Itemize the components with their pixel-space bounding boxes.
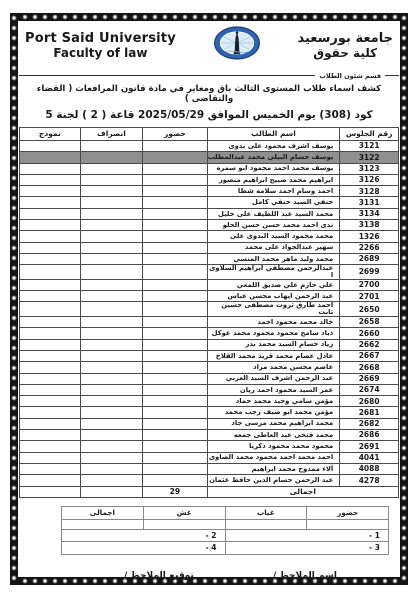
student-name-cell: محمد محمود السيد البدوى على (207, 231, 340, 242)
summary-header-row: حضور غياب غش اجمالى (62, 506, 389, 519)
table-row: 2682محمد ابراهيم محمد مرسى جاد (20, 418, 399, 429)
seat-number-cell: 2686 (340, 430, 399, 441)
table-row: 3126ابراهيم محمد صبيح ابراهيم منصور (20, 174, 399, 185)
form-cell (20, 141, 81, 152)
attendance-cell (143, 463, 207, 474)
departure-cell (80, 373, 143, 384)
seat-number-cell: 2660 (340, 328, 399, 339)
summary-table: حضور غياب غش اجمالى - 1 - 2 - 3 - 4 (61, 506, 389, 555)
form-cell (20, 317, 81, 328)
student-name-cell: عادل عصام محمد فريد محمد الفلاح (207, 350, 340, 361)
student-rows: 3121يوسف اشرف محمود على بدوى3122يوسف حسا… (20, 141, 399, 487)
seat-number-cell: 3134 (340, 208, 399, 219)
sheet-title: كشف اسماء طلاب المستوى الثالث باق ومغاير… (19, 84, 399, 104)
attendance-cell (143, 452, 207, 463)
form-cell (20, 208, 81, 219)
table-row: 3122يوسف حسام البيلى محمد عبدالمطلب (20, 152, 399, 163)
seat-number-cell: 2680 (340, 396, 399, 407)
seat-number-cell: 2669 (340, 373, 399, 384)
summary-attendance-header: حضور (307, 506, 389, 519)
faculty-name-arabic: كلية حقوق (297, 46, 393, 60)
form-cell (20, 186, 81, 197)
form-cell (20, 253, 81, 264)
total-row: اجمالى 29 (20, 486, 399, 497)
seat-number-cell: 2658 (340, 317, 399, 328)
university-logo-icon (213, 25, 261, 65)
student-name-header: اسم الطالب (207, 128, 340, 141)
attendance-cell (143, 197, 207, 208)
departure-cell (80, 291, 143, 302)
seat-number-cell: 2650 (340, 302, 399, 317)
student-name-cell: عبد الرحمن حسام الدين حافظ عثمان (207, 475, 340, 486)
attendance-cell (143, 163, 207, 174)
student-name-cell: احمد طارق ثروت مصطفى حسين ثابت (207, 302, 340, 317)
table-row: 2667عادل عصام محمد فريد محمد الفلاح (20, 350, 399, 361)
summary-values-row (62, 519, 389, 529)
departure-cell (80, 430, 143, 441)
student-name-cell: عبدالرحمن مصطفي ابراهيم السلاوى ا (207, 265, 340, 280)
table-row: 2674عمر السيد محمود احمد ريان (20, 384, 399, 395)
form-cell (20, 231, 81, 242)
table-row: 2669عبد الرحمن اشرف السيد العربي (20, 373, 399, 384)
form-cell (20, 339, 81, 350)
student-name-cell: عمر السيد محمود احمد ريان (207, 384, 340, 395)
divider-line-right (385, 75, 399, 76)
seat-number-header: رقم الجلوس (340, 128, 399, 141)
seat-number-cell: 3122 (340, 152, 399, 163)
seat-number-cell: 3131 (340, 197, 399, 208)
table-row: 2686محمد فتحى عبد العاطى جمعه (20, 430, 399, 441)
table-row: 2689محمد وليد ماهر محمد المنسي (20, 253, 399, 264)
departure-cell (80, 475, 143, 486)
departure-cell (80, 265, 143, 280)
attendance-cell (143, 141, 207, 152)
summary-total-cell (62, 519, 144, 529)
exam-session-line: كود (308) يوم الخميس الموافق 2025/05/29 … (19, 109, 399, 121)
attendance-cell (143, 291, 207, 302)
table-row: 4088آلاء ممدوح محمد ابراهيم (20, 463, 399, 474)
seat-number-cell: 3123 (340, 163, 399, 174)
attendance-cell (143, 279, 207, 290)
student-name-cell: يوسف حسام البيلى محمد عبدالمطلب (207, 152, 340, 163)
university-name-english: Port Said University (25, 31, 176, 46)
table-row: 2701عبد الرحمن ايهاب محسن عباس (20, 291, 399, 302)
departure-cell (80, 208, 143, 219)
seat-number-cell: 2667 (340, 350, 399, 361)
attendance-cell (143, 328, 207, 339)
seat-number-cell: 4278 (340, 475, 399, 486)
table-row: 2660ذياد سامح محمود محمود محمد عوكل (20, 328, 399, 339)
seat-number-cell: 1326 (340, 231, 399, 242)
student-name-cell: خالد محمد محمود احمد (207, 317, 340, 328)
departure-cell (80, 141, 143, 152)
seat-number-cell: 2689 (340, 253, 399, 264)
attendance-cell (143, 265, 207, 280)
table-row: 2650احمد طارق ثروت مصطفى حسين ثابت (20, 302, 399, 317)
table-row: 3131حنفي السيد حنفي كامل (20, 197, 399, 208)
departure-cell (80, 396, 143, 407)
table-row: 2681مؤمن محمد ابو ضيف رجب محمد (20, 407, 399, 418)
department-divider: قسم شئون الطلاب (19, 71, 399, 80)
university-name-arabic: جامعة بورسعيد (297, 31, 393, 46)
attendance-cell (143, 475, 207, 486)
departure-cell (80, 174, 143, 185)
student-name-cell: سهير عبدالجواد على محمد (207, 242, 340, 253)
summary-cheating-header: غش (143, 506, 225, 519)
student-name-cell: محمد السيد عبد اللطيف على خليل (207, 208, 340, 219)
departure-cell (80, 407, 143, 418)
observer-name-label: اسم الملاحظ / (273, 571, 337, 581)
departure-cell (80, 463, 143, 474)
seat-number-cell: 2691 (340, 441, 399, 452)
observer-signature-label: توقيع الملاحظ / (124, 571, 194, 581)
form-cell (20, 396, 81, 407)
table-row: 2266سهير عبدالجواد على محمد (20, 242, 399, 253)
student-name-cell: محمد وليد ماهر محمد المنسي (207, 253, 340, 264)
seat-number-cell: 2674 (340, 384, 399, 395)
divider-line-left (19, 75, 315, 76)
note-row-2: - 3 - 4 (62, 542, 389, 555)
form-cell (20, 265, 81, 280)
attendance-cell (143, 174, 207, 185)
student-name-cell: احمد وسام احمد سلامة شطا (207, 186, 340, 197)
attendance-cell (143, 350, 207, 361)
student-name-cell: عاصم محسن محمد مراد (207, 362, 340, 373)
seat-number-cell: 3128 (340, 186, 399, 197)
attendance-table: رقم الجلوس اسم الطالب حضور انصراف نموذج … (19, 127, 399, 498)
form-cell (20, 441, 81, 452)
table-row: 2658خالد محمد محمود احمد (20, 317, 399, 328)
signature-footer: اسم الملاحظ / توقيع الملاحظ / (19, 571, 399, 587)
attendance-cell (143, 152, 207, 163)
seat-number-cell: 2699 (340, 265, 399, 280)
seat-number-cell: 2662 (340, 339, 399, 350)
note-line-2: - 2 (62, 529, 226, 542)
departure-cell (80, 220, 143, 231)
departure-header: انصراف (80, 128, 143, 141)
student-name-cell: ابراهيم محمد صبيح ابراهيم منصور (207, 174, 340, 185)
departure-cell (80, 253, 143, 264)
departure-cell (80, 197, 143, 208)
table-row: 4278عبد الرحمن حسام الدين حافظ عثمان (20, 475, 399, 486)
seat-number-cell: 2682 (340, 418, 399, 429)
attendance-cell (143, 317, 207, 328)
summary-attendance-cell (307, 519, 389, 529)
form-cell (20, 242, 81, 253)
attendance-cell (143, 302, 207, 317)
departure-cell (80, 186, 143, 197)
seat-number-cell: 3121 (340, 141, 399, 152)
student-name-cell: علي حازم علي صديق اللمعي (207, 279, 340, 290)
note-line-3: - 3 (225, 542, 389, 555)
student-name-cell: آلاء ممدوح محمد ابراهيم (207, 463, 340, 474)
attendance-table-header-row: رقم الجلوس اسم الطالب حضور انصراف نموذج (20, 128, 399, 141)
student-name-cell: احمد محمد احمد محمود محمد الصاوى (207, 452, 340, 463)
student-name-cell: محمد فتحى عبد العاطى جمعه (207, 430, 340, 441)
departure-cell (80, 339, 143, 350)
table-row: 3128احمد وسام احمد سلامة شطا (20, 186, 399, 197)
departure-cell (80, 152, 143, 163)
student-name-cell: محمد ابراهيم محمد مرسى جاد (207, 418, 340, 429)
student-name-cell: يوسف محمد احمد محمود ابو سمره (207, 163, 340, 174)
departure-cell (80, 328, 143, 339)
attendance-cell (143, 242, 207, 253)
attendance-cell (143, 373, 207, 384)
student-name-cell: عبد الرحمن ايهاب محسن عباس (207, 291, 340, 302)
attendance-cell (143, 186, 207, 197)
table-row: 2680مؤمن سامي وحيد محمد حماد (20, 396, 399, 407)
attendance-cell (143, 231, 207, 242)
form-cell (20, 418, 81, 429)
ornate-border-right (400, 13, 408, 585)
student-name-cell: حنفي السيد حنفي كامل (207, 197, 340, 208)
form-cell (20, 163, 81, 174)
form-cell (20, 152, 81, 163)
attendance-cell (143, 430, 207, 441)
seat-number-cell: 2681 (340, 407, 399, 418)
total-departure-cell (80, 486, 143, 497)
form-cell (20, 452, 81, 463)
table-row: 4041احمد محمد احمد محمود محمد الصاوى (20, 452, 399, 463)
departure-cell (80, 362, 143, 373)
table-row: 3134محمد السيد عبد اللطيف على خليل (20, 208, 399, 219)
form-cell (20, 291, 81, 302)
ornate-border-left (10, 13, 18, 585)
table-row: 2691محمود محمد محمود ذكريا (20, 441, 399, 452)
student-name-cell: يوسف اشرف محمود على بدوى (207, 141, 340, 152)
attendance-cell (143, 418, 207, 429)
departure-cell (80, 242, 143, 253)
form-cell (20, 197, 81, 208)
attendance-cell (143, 208, 207, 219)
note-line-4: - 4 (62, 542, 226, 555)
total-form-cell (20, 486, 81, 497)
form-cell (20, 302, 81, 317)
student-name-cell: زياد حسام السيد محمد بدر (207, 339, 340, 350)
table-row: 1326محمد محمود السيد البدوى على (20, 231, 399, 242)
departure-cell (80, 441, 143, 452)
seat-number-cell: 4088 (340, 463, 399, 474)
form-cell (20, 362, 81, 373)
faculty-name-english: Faculty of law (25, 46, 176, 60)
attendance-cell (143, 339, 207, 350)
note-line-1: - 1 (225, 529, 389, 542)
seat-number-cell: 3138 (340, 220, 399, 231)
form-cell (20, 475, 81, 486)
attendance-cell (143, 407, 207, 418)
student-name-cell: عبد الرحمن اشرف السيد العربي (207, 373, 340, 384)
university-name-english-block: Port Said University Faculty of law (25, 31, 176, 60)
seat-number-cell: 2668 (340, 362, 399, 373)
attendance-cell (143, 396, 207, 407)
note-row-1: - 1 - 2 (62, 529, 389, 542)
seat-number-cell: 2701 (340, 291, 399, 302)
document-page: جامعة بورسعيد كلية حقوق Port Said Univer… (19, 22, 399, 587)
departure-cell (80, 418, 143, 429)
table-row: 3123يوسف محمد احمد محمود ابو سمره (20, 163, 399, 174)
table-row: 2668عاصم محسن محمد مراد (20, 362, 399, 373)
attendance-cell (143, 384, 207, 395)
university-name-arabic-block: جامعة بورسعيد كلية حقوق (297, 31, 393, 60)
departure-cell (80, 231, 143, 242)
total-label: اجمالى (207, 486, 398, 497)
departure-cell (80, 163, 143, 174)
student-name-cell: مؤمن سامي وحيد محمد حماد (207, 396, 340, 407)
seat-number-cell: 4041 (340, 452, 399, 463)
departure-cell (80, 302, 143, 317)
form-cell (20, 463, 81, 474)
student-name-cell: مؤمن محمد ابو ضيف رجب محمد (207, 407, 340, 418)
student-name-cell: محمود محمد محمود ذكريا (207, 441, 340, 452)
table-row: 3121يوسف اشرف محمود على بدوى (20, 141, 399, 152)
departure-cell (80, 452, 143, 463)
attendance-cell (143, 362, 207, 373)
seat-number-cell: 2266 (340, 242, 399, 253)
table-row: 2700علي حازم علي صديق اللمعي (20, 279, 399, 290)
departure-cell (80, 279, 143, 290)
student-name-cell: ندى احمد محمد حسن حسن الحلو (207, 220, 340, 231)
student-name-cell: ذياد سامح محمود محمود محمد عوكل (207, 328, 340, 339)
attendance-cell (143, 253, 207, 264)
attendance-header: حضور (143, 128, 207, 141)
form-header: نموذج (20, 128, 81, 141)
form-cell (20, 384, 81, 395)
attendance-cell (143, 441, 207, 452)
department-label: قسم شئون الطلاب (315, 72, 385, 80)
summary-section: حضور غياب غش اجمالى - 1 - 2 - 3 - 4 (61, 506, 389, 555)
total-attendance-value: 29 (143, 486, 207, 497)
form-cell (20, 350, 81, 361)
table-row: 3138ندى احمد محمد حسن حسن الحلو (20, 220, 399, 231)
ornate-border-top (10, 13, 408, 21)
departure-cell (80, 384, 143, 395)
attendance-cell (143, 220, 207, 231)
letterhead: جامعة بورسعيد كلية حقوق Port Said Univer… (19, 22, 399, 68)
summary-absence-cell (225, 519, 307, 529)
form-cell (20, 328, 81, 339)
form-cell (20, 373, 81, 384)
form-cell (20, 407, 81, 418)
table-row: 2699عبدالرحمن مصطفي ابراهيم السلاوى ا (20, 265, 399, 280)
table-row: 2662زياد حسام السيد محمد بدر (20, 339, 399, 350)
departure-cell (80, 350, 143, 361)
seat-number-cell: 3126 (340, 174, 399, 185)
departure-cell (80, 317, 143, 328)
summary-total-header: اجمالى (62, 506, 144, 519)
summary-cheating-cell (143, 519, 225, 529)
form-cell (20, 279, 81, 290)
form-cell (20, 220, 81, 231)
summary-absence-header: غياب (225, 506, 307, 519)
form-cell (20, 174, 81, 185)
seat-number-cell: 2700 (340, 279, 399, 290)
form-cell (20, 430, 81, 441)
